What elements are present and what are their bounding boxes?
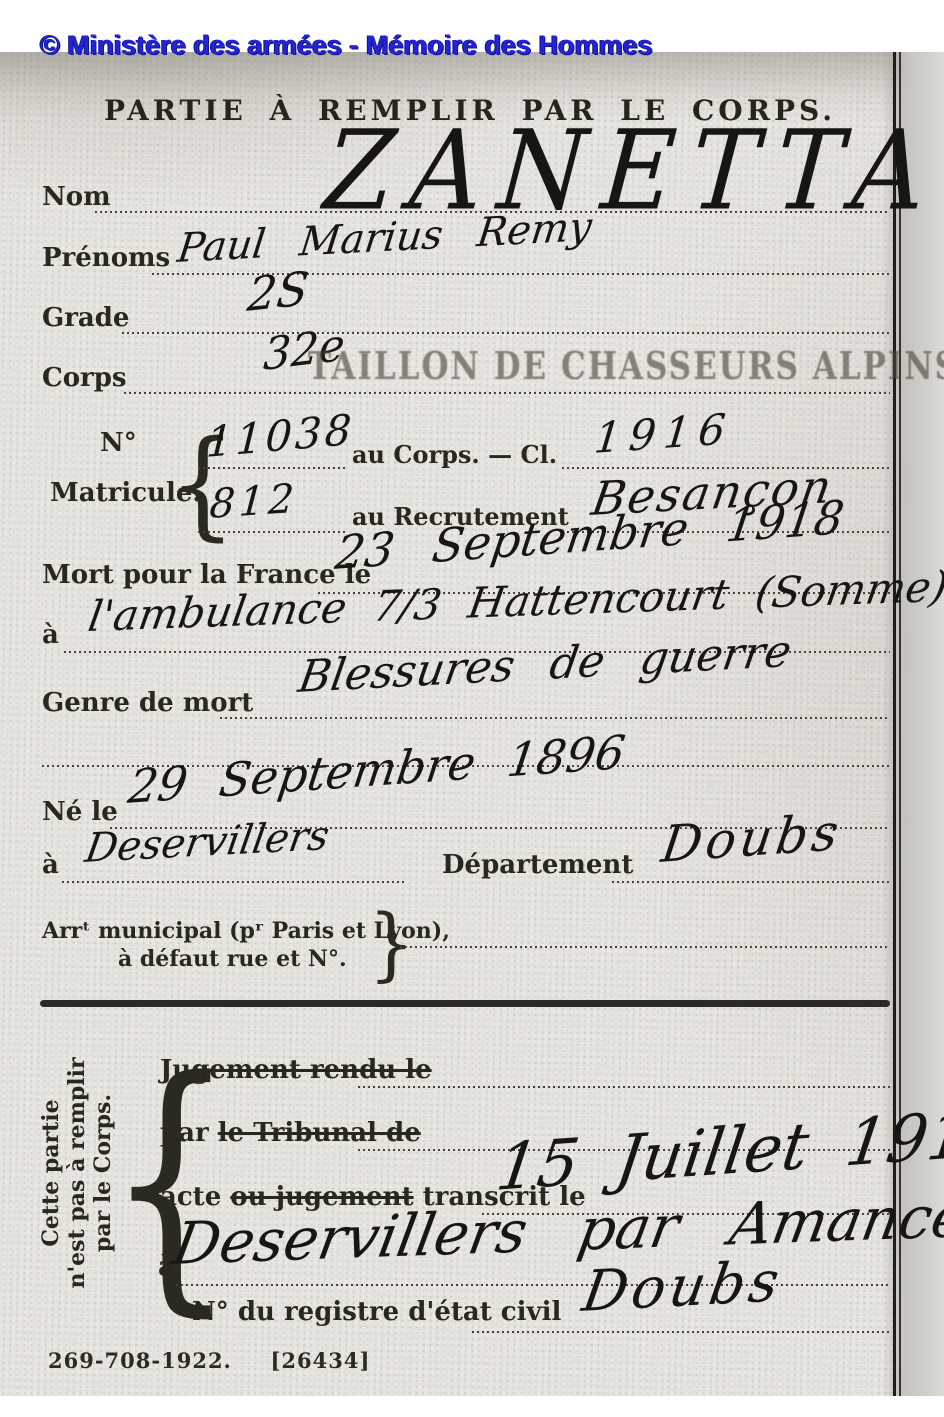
print-reference-code: [26434] [271,1348,371,1373]
naissance-lieu-label: à [42,850,59,880]
print-reference-number: 269-708-1922. [48,1348,232,1373]
jugement-struck-text: ement rendu le [209,1055,431,1085]
departement-label: Département [442,850,633,880]
sidebar-note-line1: Cette partie [38,1048,64,1298]
naissance-lieu-dotted-line [62,880,407,883]
arrondissement-label-line2: à défaut rue et N°. [118,946,347,972]
matricule-recrutement-number: 812 [208,475,299,528]
grade-value-handwriting: 2S [245,261,311,322]
classe-value-handwriting: 1916 [592,404,736,463]
genre-mort-label: Genre de mort [42,688,253,718]
registre-label: N° du registre d'état civil [192,1297,561,1327]
naissance-date-label: Né le [42,797,118,827]
matricule-no-label: N° [100,428,137,458]
tribunal-struck-text: le Tribunal de [218,1118,421,1148]
matricule-corps-dotted-line [198,466,346,469]
jugement-prefix: Jug [160,1055,209,1085]
au-corps-cl-label: au Corps. — Cl. [352,440,557,469]
battalion-stamp: TAILLON DE CHASSEURS ALPINS [308,344,944,389]
mort-lieu-label: à [42,620,59,650]
jugement-dotted-line [358,1085,890,1088]
sidebar-note-line2: n'est pas à remplir [64,1048,90,1298]
grade-dotted-line [122,331,890,334]
registre-dotted-line [472,1330,890,1333]
section-divider-bar [40,1000,890,1007]
nom-label: Nom [42,182,111,212]
scanned-death-record-page: © Ministère des armées - Mémoire des Hom… [0,0,944,1417]
print-reference: 269-708-1922. [26434] [48,1348,370,1373]
registre-handwriting: Doubs [578,1249,787,1325]
genre-mort-dotted-line [220,716,890,719]
grade-label: Grade [42,303,129,333]
tribunal-prefix: par [160,1118,218,1148]
matricule-recrutement-dotted-line [198,530,346,533]
transcription-lieu-dotted-line [176,1283,890,1286]
prenoms-label: Prénoms [42,243,170,273]
corps-dotted-line [124,391,890,394]
arrondissement-brace: } [369,904,415,984]
arrondissement-dotted-line [400,945,890,948]
corps-label: Corps [42,363,127,393]
tribunal-label: par le Tribunal de [160,1118,421,1148]
jugement-rendu-label: Jugement rendu le [160,1055,432,1085]
copyright-watermark: © Ministère des armées - Mémoire des Hom… [40,30,653,61]
departement-dotted-line [612,880,890,883]
